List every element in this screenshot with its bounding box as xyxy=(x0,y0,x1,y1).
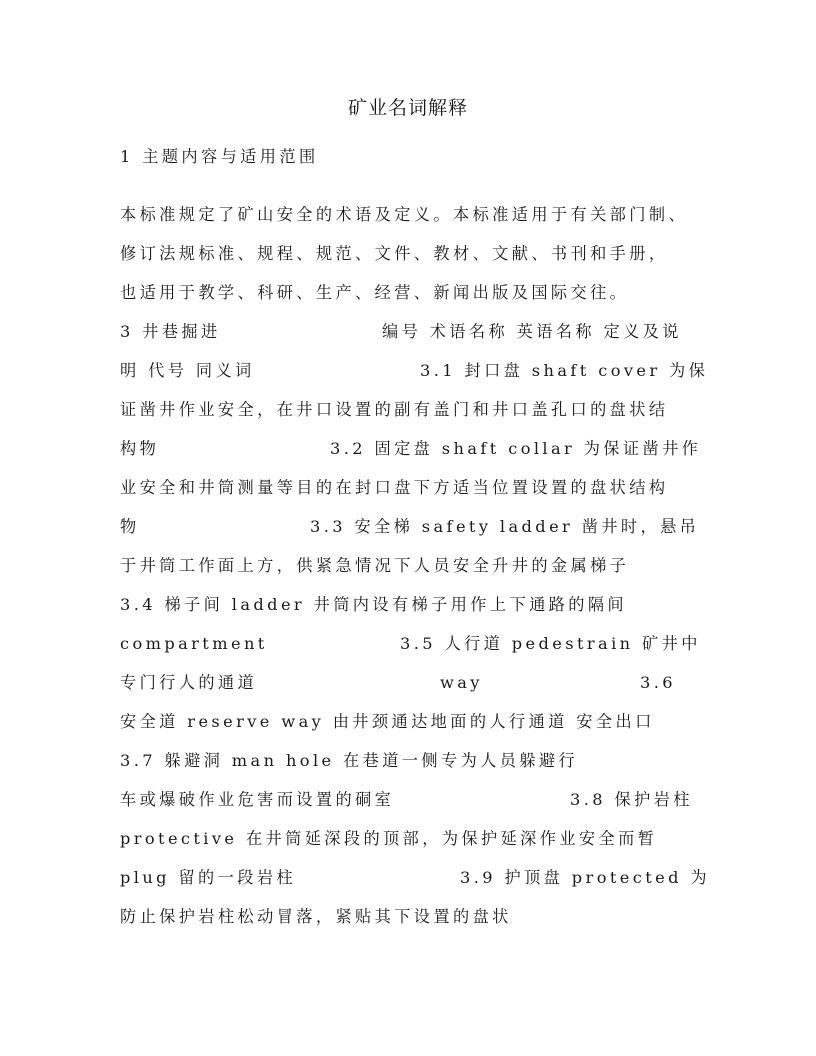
text-line: plug 留的一段岩柱3.9 护顶盘 protected 为 xyxy=(120,866,695,890)
text-line: 车或爆破作业危害而设置的硐室3.8 保护岩柱 xyxy=(120,788,695,812)
text-line: 业安全和井筒测量等目的在封口盘下方适当位置设置的盘状结构 xyxy=(120,476,695,500)
text-line: 专门行人的通道way3.6 xyxy=(120,671,695,695)
text-segment: protective 在井筒延深段的顶部，为保护延深作业安全而暂 xyxy=(120,827,657,851)
text-line: 也适用于教学、科研、生产、经营、新闻出版及国际交往。 xyxy=(120,281,695,305)
text-line: protective 在井筒延深段的顶部，为保护延深作业安全而暂 xyxy=(120,827,695,851)
text-segment: plug 留的一段岩柱 xyxy=(120,866,296,890)
text-segment: 3 井巷掘进 xyxy=(120,320,221,344)
text-line: 物3.3 安全梯 safety ladder 凿井时，悬吊 xyxy=(120,515,695,539)
text-line: 防止保护岩柱松动冒落，紧贴其下设置的盘状 xyxy=(120,905,695,929)
text-segment: 3.1 封口盘 shaft cover 为保 xyxy=(420,359,708,383)
text-line: compartment3.5 人行道 pedestrain 矿井中 xyxy=(120,632,695,656)
text-line: 3.4 梯子间 ladder 井筒内设有梯子用作上下通路的隔间 xyxy=(120,593,695,617)
text-segment: 3.9 护顶盘 protected 为 xyxy=(460,866,710,890)
section-heading: 1 主题内容与适用范围 xyxy=(120,145,695,169)
text-segment: 业安全和井筒测量等目的在封口盘下方适当位置设置的盘状结构 xyxy=(120,476,668,500)
text-segment: 物 xyxy=(120,515,140,539)
document-title: 矿业名词解释 xyxy=(0,96,816,120)
text-line: 于井筒工作面上方，供紧急情况下人员安全升井的金属梯子 xyxy=(120,554,695,578)
text-line: 安全道 reserve way 由井颈通达地面的人行通道 安全出口 xyxy=(120,710,695,734)
text-line: 修订法规标准、规程、规范、文件、教材、文献、书刊和手册， xyxy=(120,242,695,266)
document-page: 矿业名词解释 1 主题内容与适用范围 本标准规定了矿山安全的术语及定义。本标准适… xyxy=(0,0,816,1056)
text-line: 3.7 躲避洞 man hole 在巷道一侧专为人员躲避行 xyxy=(120,749,695,773)
text-line: 明 代号 同义词3.1 封口盘 shaft cover 为保 xyxy=(120,359,695,383)
text-segment: 于井筒工作面上方，供紧急情况下人员安全升井的金属梯子 xyxy=(120,554,629,578)
text-segment: 车或爆破作业危害而设置的硐室 xyxy=(120,788,394,812)
text-segment: 3.5 人行道 pedestrain 矿井中 xyxy=(400,632,701,656)
text-segment: 3.6 xyxy=(640,671,676,695)
text-segment: 3.3 安全梯 safety ladder 凿井时，悬吊 xyxy=(310,515,699,539)
text-segment: 本标准规定了矿山安全的术语及定义。本标准适用于有关部门制、 xyxy=(120,203,688,227)
text-line: 3 井巷掘进编号 术语名称 英语名称 定义及说 xyxy=(120,320,695,344)
text-segment: way xyxy=(440,671,483,695)
text-segment: compartment xyxy=(120,632,268,656)
text-segment: 证凿井作业安全，在井口设置的副有盖门和井口盖孔口的盘状结 xyxy=(120,398,668,422)
text-segment: 编号 术语名称 英语名称 定义及说 xyxy=(382,320,682,344)
text-segment: 也适用于教学、科研、生产、经营、新闻出版及国际交往。 xyxy=(120,281,629,305)
text-segment: 3.7 躲避洞 man hole 在巷道一侧专为人员躲避行 xyxy=(120,749,578,773)
text-segment: 修订法规标准、规程、规范、文件、教材、文献、书刊和手册， xyxy=(120,242,668,266)
text-segment: 3.8 保护岩柱 xyxy=(570,788,693,812)
text-segment: 专门行人的通道 xyxy=(120,671,257,695)
text-segment: 构物 xyxy=(120,437,159,461)
text-line: 本标准规定了矿山安全的术语及定义。本标准适用于有关部门制、 xyxy=(120,203,695,227)
text-segment: 安全道 reserve way 由井颈通达地面的人行通道 安全出口 xyxy=(120,710,655,734)
text-line: 证凿井作业安全，在井口设置的副有盖门和井口盖孔口的盘状结 xyxy=(120,398,695,422)
text-line: 构物3.2 固定盘 shaft collar 为保证凿井作 xyxy=(120,437,695,461)
text-segment: 防止保护岩柱松动冒落，紧贴其下设置的盘状 xyxy=(120,905,512,929)
text-segment: 3.4 梯子间 ladder 井筒内设有梯子用作上下通路的隔间 xyxy=(120,593,627,617)
text-segment: 明 代号 同义词 xyxy=(120,359,255,383)
text-segment: 3.2 固定盘 shaft collar 为保证凿井作 xyxy=(330,437,701,461)
